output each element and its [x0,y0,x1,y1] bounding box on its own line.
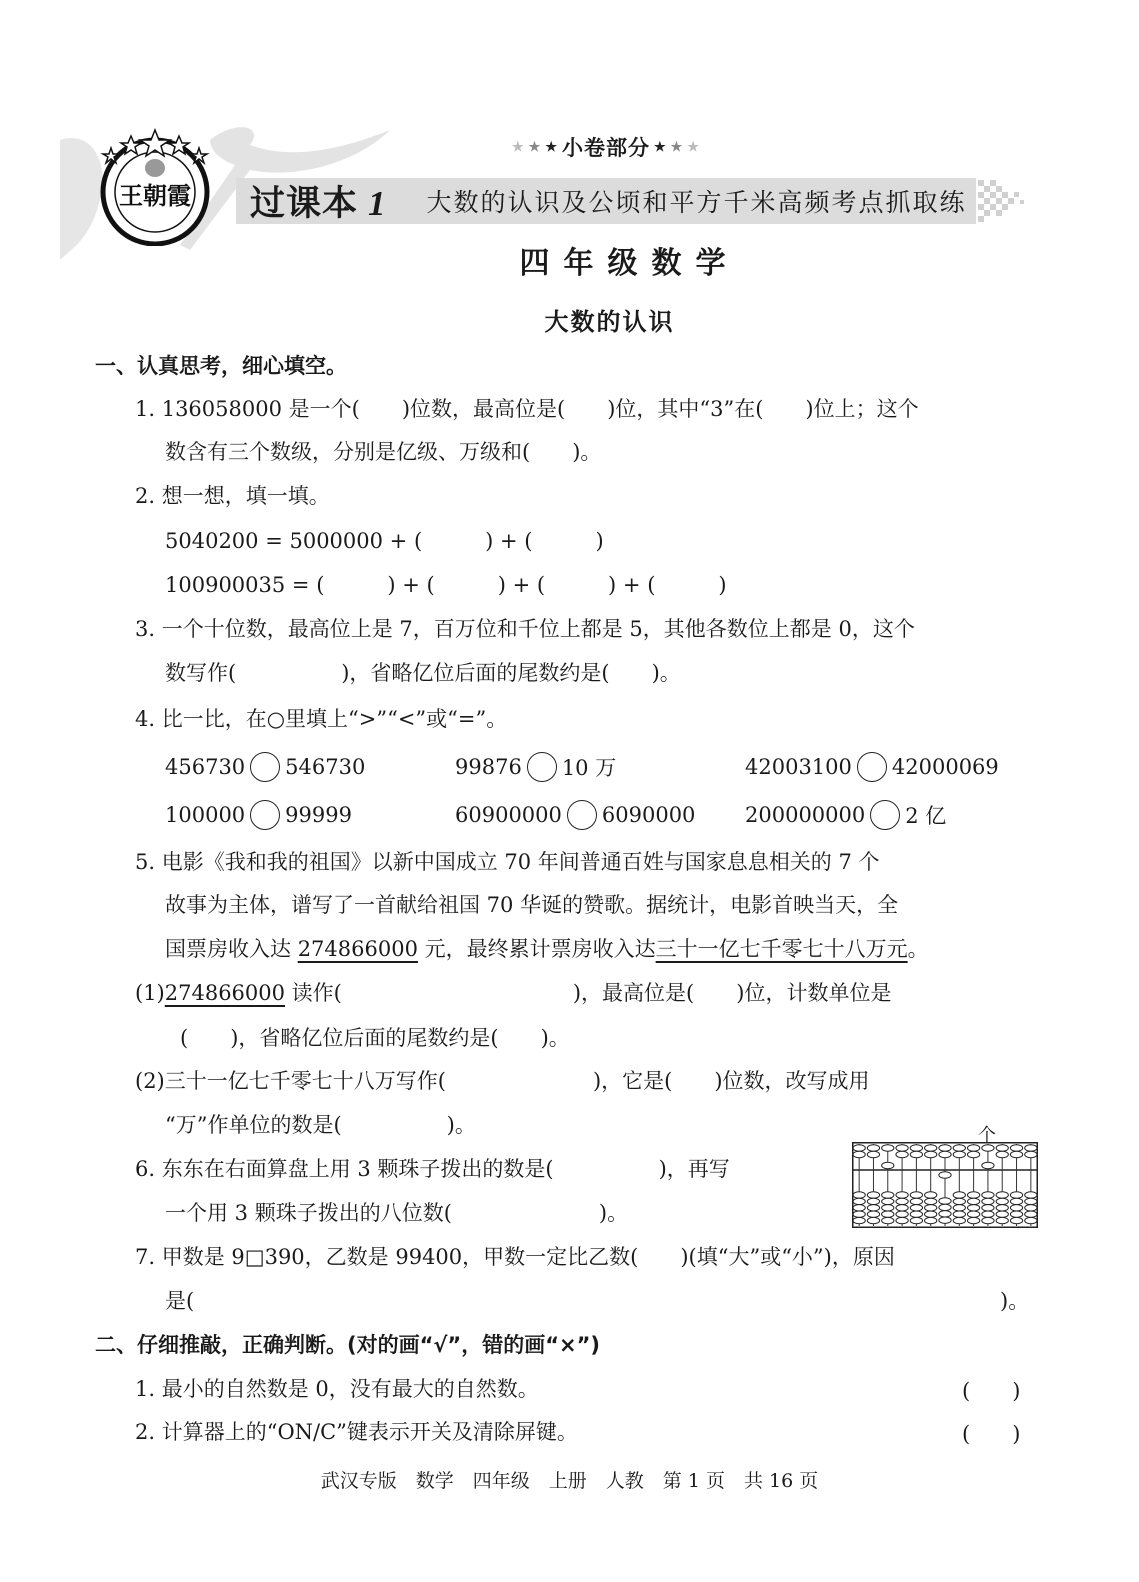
q7-line2-end: )。 [1000,1287,1029,1315]
q4-compare-row-2: 10000099999 609000006090000 2000000002 亿 [165,800,946,830]
compare-item: 4200310042000069 [745,752,999,782]
q7-line2-start: 是( [165,1287,194,1315]
section2-heading: 二、仔细推敲，正确判断。(对的画“√”，错的画“×”) [95,1331,600,1359]
compare-circle[interactable] [527,752,557,782]
q5-line1: 5. 电影《我和我的祖国》以新中国成立 70 年间普通百姓与国家息息相关的 7 … [135,848,880,876]
checker-pattern-decoration [976,176,1038,226]
q1-line1: 1. 136058000 是一个( )位数，最高位是( )位，其中“3”在( )… [135,395,919,423]
small-section-text: 小卷部分 [562,132,650,162]
q5-sub2-line1: (2)三十一亿七千零七十八万写作( )，它是( )位数，改写成用 [135,1067,870,1095]
q2-equation1: 5040200 = 5000000 + ( ) + ( ) [165,527,604,555]
small-section-label: ★ ★ ★ 小卷部分 ★ ★ ★ [512,132,700,162]
compare-item: 2000000002 亿 [745,800,946,830]
compare-item: 10000099999 [165,800,455,830]
star-icon: ★ [654,140,667,155]
compare-circle[interactable] [857,752,887,782]
star-icon: ★ [545,140,558,155]
grade-subject-title: 四年级数学 [0,238,1139,282]
q5-line2: 故事为主体，谱写了一首献给祖国 70 华诞的赞歌。据统计，电影首映当天，全 [165,891,898,919]
svg-text:王朝霞: 王朝霞 [119,181,191,210]
compare-item: 456730546730 [165,752,455,782]
judge-answer-box-2[interactable]: ( ) [962,1418,1020,1448]
lesson-title-bar: 过课本1 大数的认识及公顷和平方千米高频考点抓取练 [236,178,976,224]
compare-item: 609000006090000 [455,800,745,830]
star-icon: ★ [529,140,542,155]
judge-item-2: 2. 计算器上的“ON/C”键表示开关及清除屏键。 [135,1418,578,1446]
page-footer: 武汉专版 数学 四年级 上册 人教 第 1 页 共 16 页 [0,1466,1139,1493]
star-icon: ★ [512,140,525,155]
compare-circle[interactable] [250,800,280,830]
q5-sub2-line2: “万”作单位的数是( )。 [165,1111,476,1139]
lesson-number: 1 [368,184,387,223]
star-icon: ★ [671,140,684,155]
judge-item-1: 1. 最小的自然数是 0，没有最大的自然数。 [135,1375,539,1403]
star-icon: ★ [687,140,700,155]
lesson-topic: 大数的认识及公顷和平方千米高频考点抓取练 [427,183,967,219]
q1-line2: 数含有三个数级，分别是亿级、万级和( )。 [165,438,601,466]
q5-sub1-line2: ( )，省略亿位后面的尾数约是( )。 [180,1024,570,1052]
compare-circle[interactable] [567,800,597,830]
section1-heading: 一、认真思考，细心填空。 [95,352,347,380]
q5-line3: 国票房收入达 274866000 元，最终累计票房收入达三十一亿七千零七十八万元… [165,935,929,963]
compare-item: 9987610 万 [455,752,745,782]
q2-line1: 2. 想一想，填一填。 [135,482,330,510]
box-office-words: 三十一亿七千零七十八万元 [656,937,908,961]
q2-equation2: 100900035 = ( ) + ( ) + ( ) + ( ) [165,571,727,599]
abacus-diagram [852,1142,1038,1228]
brand-logo: 王朝霞 [96,128,214,246]
q6-line2: 一个用 3 颗珠子拨出的八位数( )。 [165,1199,628,1227]
box-office-number: 274866000 [298,937,418,961]
lesson-label: 过课本1 [250,176,387,226]
q4-line1: 4. 比一比，在○里填上“>”“<”或“=”。 [135,705,507,733]
q5-sub1-line1: (1)274866000 读作( )，最高位是( )位，计数单位是 [135,979,891,1007]
compare-circle[interactable] [250,752,280,782]
judge-answer-box-1[interactable]: ( ) [962,1375,1020,1405]
q6-line1: 6. 东东在右面算盘上用 3 颗珠子拨出的数是( )，再写 [135,1155,730,1183]
compare-circle[interactable] [870,800,900,830]
q4-compare-row-1: 456730546730 9987610 万 4200310042000069 [165,752,999,782]
chapter-title: 大数的认识 [0,302,1139,337]
q3-line1: 3. 一个十位数，最高位上是 7，百万位和千位上都是 5，其他各数位上都是 0，… [135,615,915,643]
q3-line2: 数写作( )，省略亿位后面的尾数约是( )。 [165,659,681,687]
q7-line1: 7. 甲数是 9□390，乙数是 99400，甲数一定比乙数( )(填“大”或“… [135,1243,895,1271]
